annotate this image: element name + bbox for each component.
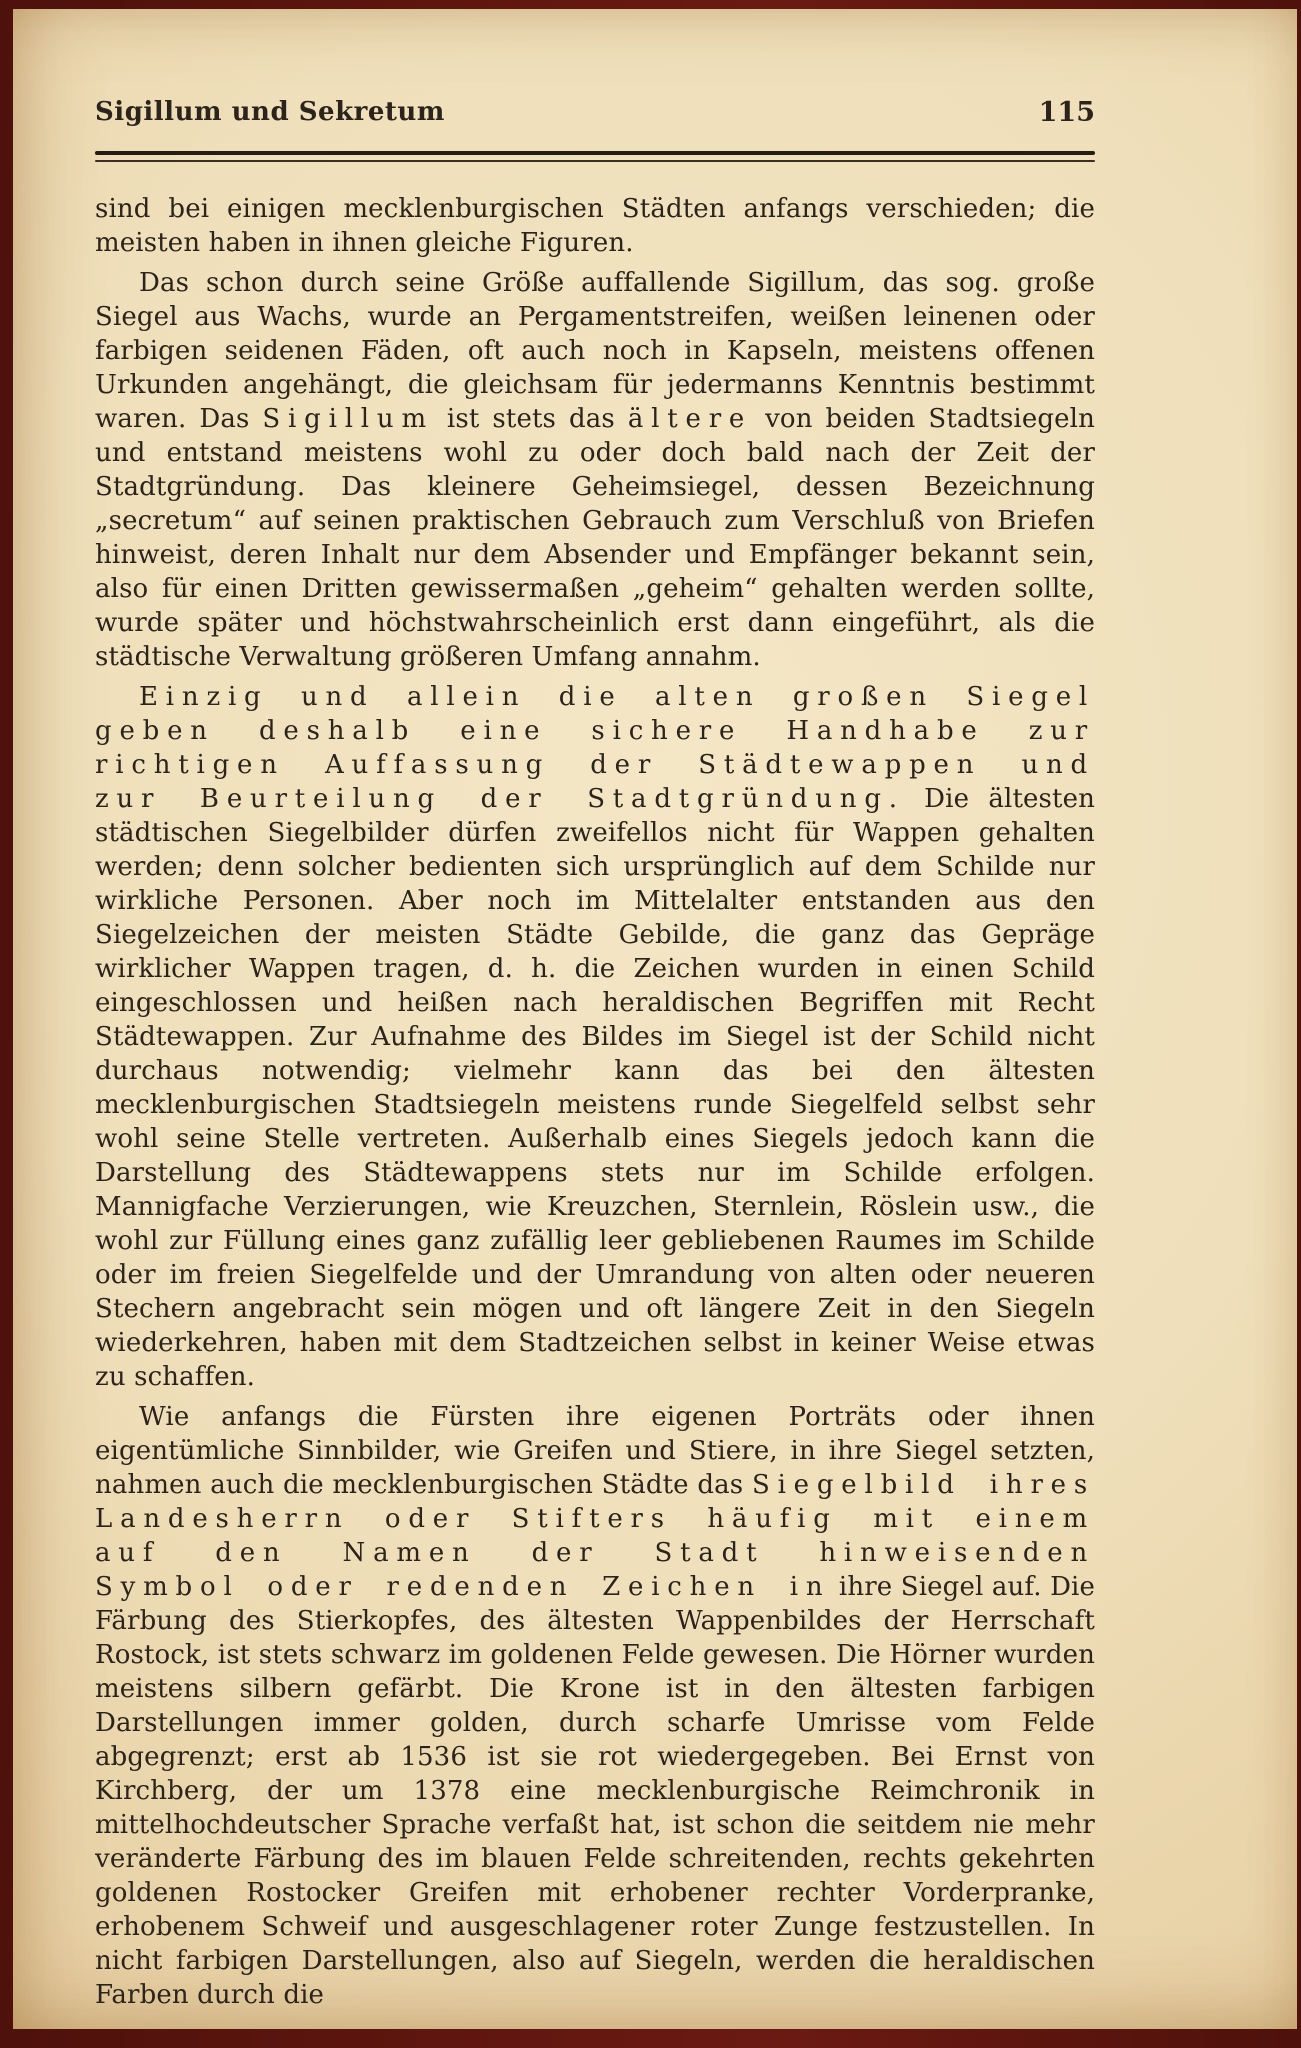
header-rule-thick <box>95 151 1095 155</box>
running-title: Sigillum und Sekretum <box>95 97 445 127</box>
paragraph: Wie anfangs die Fürsten ihre eigenen Por… <box>95 1400 1095 2012</box>
text-run: Die ältesten städtischen Siegelbilder dü… <box>95 784 1095 1392</box>
page: Sigillum und Sekretum 115 sind bei einig… <box>13 9 1297 2029</box>
letterspaced-emphasis: Sigillum <box>262 404 434 434</box>
text-run: sind bei einigen mecklenburgischen Städt… <box>95 194 1095 258</box>
paragraph: Das schon durch seine Größe auffallende … <box>95 266 1095 674</box>
paragraph: sind bei einigen mecklenburgischen Städt… <box>95 192 1095 260</box>
page-number: 115 <box>1039 97 1095 128</box>
running-header: Sigillum und Sekretum 115 <box>95 97 1095 145</box>
page-body: sind bei einigen mecklenburgischen Städt… <box>95 192 1095 2012</box>
scan-border: Sigillum und Sekretum 115 sind bei einig… <box>0 0 1301 2048</box>
text-run: von beiden Stadtsiegeln und entstand mei… <box>95 404 1095 672</box>
letterspaced-emphasis: ältere <box>628 404 752 434</box>
page-content: Sigillum und Sekretum 115 sind bei einig… <box>95 97 1095 2018</box>
header-rule-thin <box>95 160 1095 162</box>
text-run: ist stets das <box>434 404 628 434</box>
paragraph: Einzig und allein die alten großen Siege… <box>95 680 1095 1394</box>
text-run: ihre Siegel auf. Die Färbung des Stierko… <box>95 1572 1095 2010</box>
